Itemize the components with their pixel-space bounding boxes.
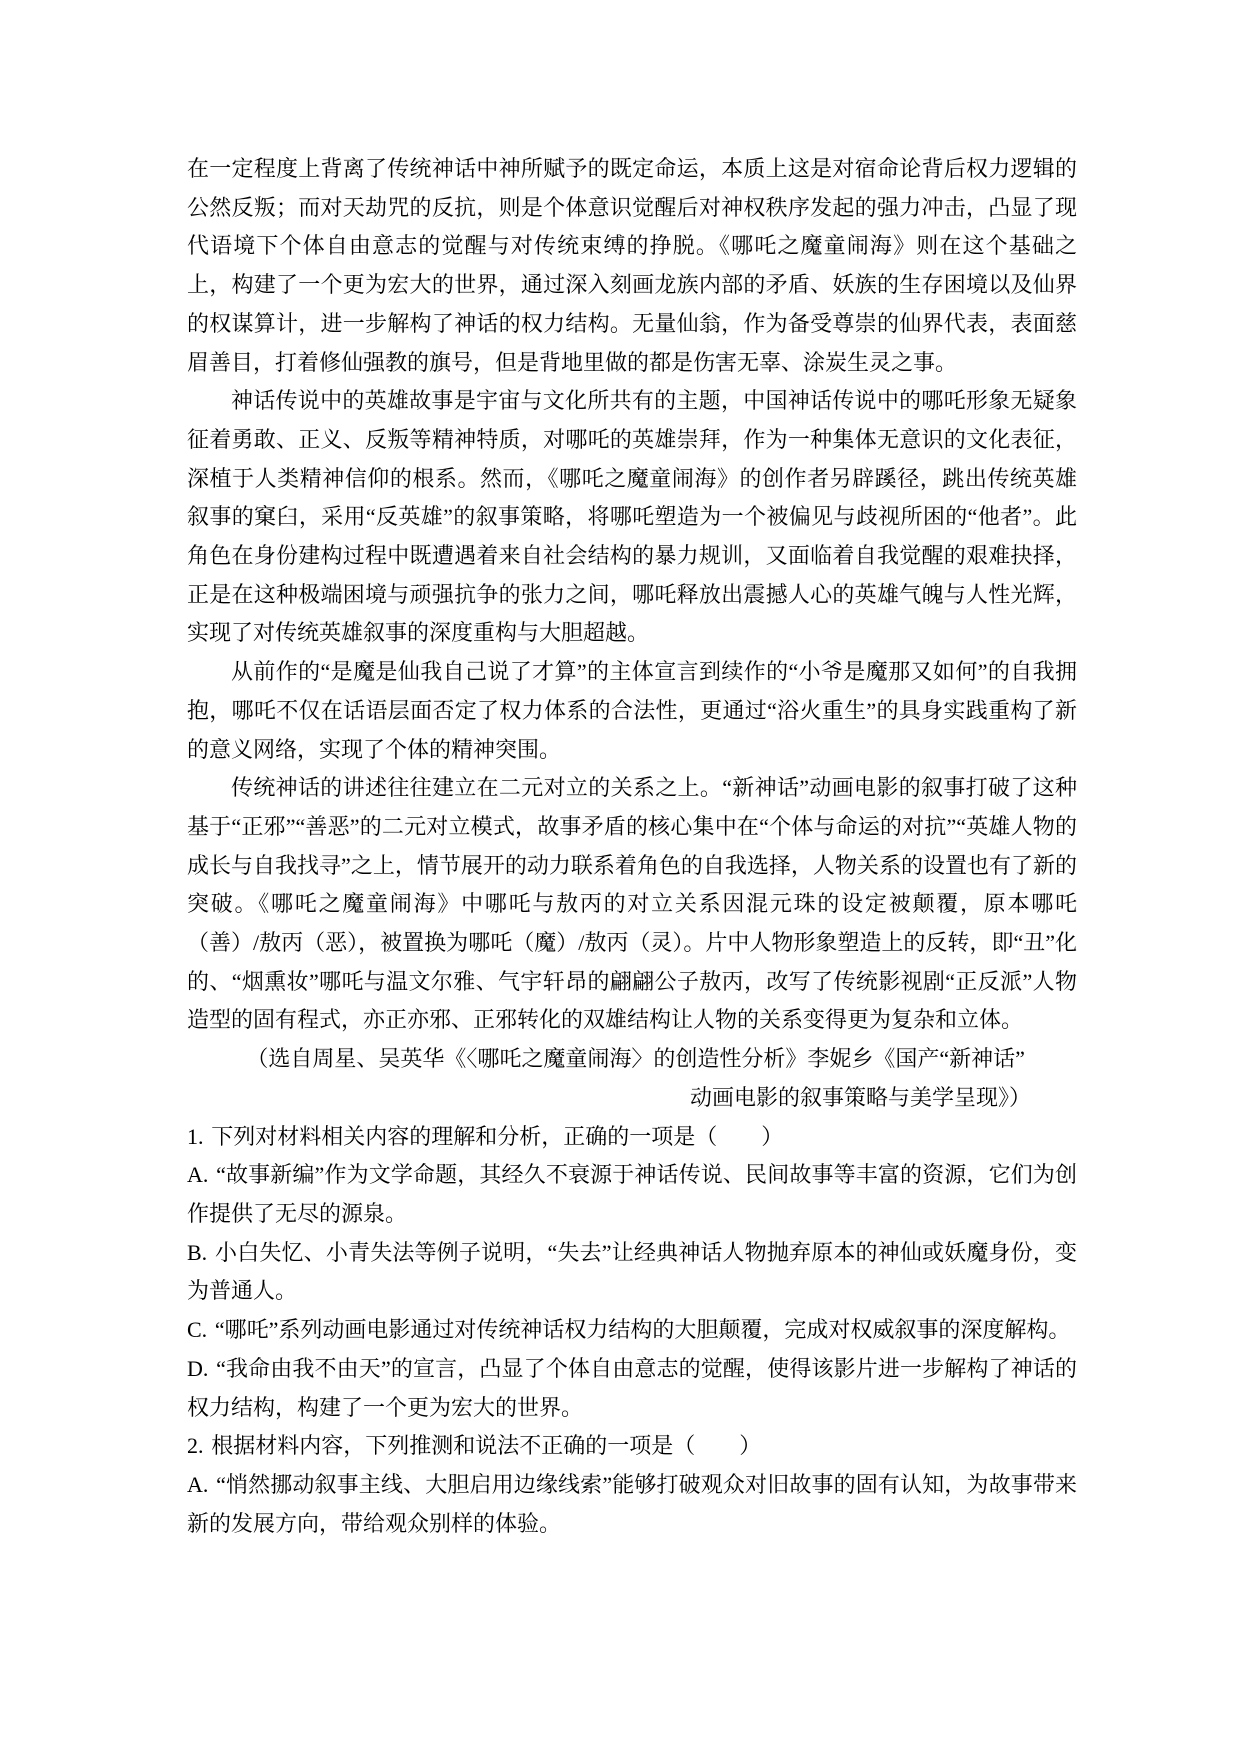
option-a-label: A. bbox=[187, 1162, 208, 1187]
citation-line-1: （选自周星、吴英华《〈哪吒之魔童闹海〉的创造性分析》李妮乡《国产“新神话” bbox=[187, 1040, 1077, 1079]
option-a-text: “故事新编”作为文学命题，其经久不衰源于神话传说、民间故事等丰富的资源，它们为创… bbox=[187, 1162, 1077, 1226]
option-b-text: 小白失忆、小青失法等例子说明，“失去”让经典神话人物抛弃原本的神仙或妖魔身份，变… bbox=[187, 1240, 1077, 1304]
question-2-stem: 2.根据材料内容，下列推测和说法不正确的一项是（ ） bbox=[187, 1427, 1077, 1466]
question-2-number: 2. bbox=[187, 1433, 204, 1458]
question-1-option-d: D.“我命由我不由天”的宣言，凸显了个体自由意志的觉醒，使得该影片进一步解构了神… bbox=[187, 1350, 1077, 1427]
question-1-option-c: C.“哪吒”系列动画电影通过对传统神话权力结构的大胆颠覆，完成对权威叙事的深度解… bbox=[187, 1311, 1077, 1350]
option-b-label: B. bbox=[187, 1240, 207, 1265]
option-d-text: “我命由我不由天”的宣言，凸显了个体自由意志的觉醒，使得该影片进一步解构了神话的… bbox=[187, 1356, 1077, 1420]
exam-page: 在一定程度上背离了传统神话中神所赋予的既定命运，本质上这是对宿命论背后权力逻辑的… bbox=[0, 0, 1240, 1754]
body-paragraph-1: 在一定程度上背离了传统神话中神所赋予的既定命运，本质上这是对宿命论背后权力逻辑的… bbox=[187, 150, 1077, 382]
question-1-stem-text: 下列对材料相关内容的理解和分析，正确的一项是（ ） bbox=[211, 1124, 783, 1149]
question-2-stem-text: 根据材料内容，下列推测和说法不正确的一项是（ ） bbox=[211, 1433, 761, 1458]
q2-option-a-label: A. bbox=[187, 1472, 208, 1497]
option-c-text: “哪吒”系列动画电影通过对传统神话权力结构的大胆颠覆，完成对权威叙事的深度解构。 bbox=[215, 1317, 1071, 1342]
question-1-stem: 1.下列对材料相关内容的理解和分析，正确的一项是（ ） bbox=[187, 1118, 1077, 1157]
body-paragraph-4: 传统神话的讲述往往建立在二元对立的关系之上。“新神话”动画电影的叙事打破了这种基… bbox=[187, 769, 1077, 1040]
question-2-option-a: A.“悄然挪动叙事主线、大胆启用边缘线索”能够打破观众对旧故事的固有认知，为故事… bbox=[187, 1466, 1077, 1543]
question-1-option-b: B.小白失忆、小青失法等例子说明，“失去”让经典神话人物抛弃原本的神仙或妖魔身份… bbox=[187, 1234, 1077, 1311]
citation-line-2: 动画电影的叙事策略与美学呈现》） bbox=[187, 1079, 1077, 1118]
body-paragraph-2: 神话传说中的英雄故事是宇宙与文化所共有的主题，中国神话传说中的哪吒形象无疑象征着… bbox=[187, 382, 1077, 653]
q2-option-a-text: “悄然挪动叙事主线、大胆启用边缘线索”能够打破观众对旧故事的固有认知，为故事带来… bbox=[187, 1472, 1077, 1536]
body-paragraph-3: 从前作的“是魔是仙我自己说了才算”的主体宣言到续作的“小爷是魔那又如何”的自我拥… bbox=[187, 653, 1077, 769]
question-1-number: 1. bbox=[187, 1124, 204, 1149]
option-d-label: D. bbox=[187, 1356, 208, 1381]
question-1-option-a: A.“故事新编”作为文学命题，其经久不衰源于神话传说、民间故事等丰富的资源，它们… bbox=[187, 1156, 1077, 1233]
option-c-label: C. bbox=[187, 1317, 207, 1342]
